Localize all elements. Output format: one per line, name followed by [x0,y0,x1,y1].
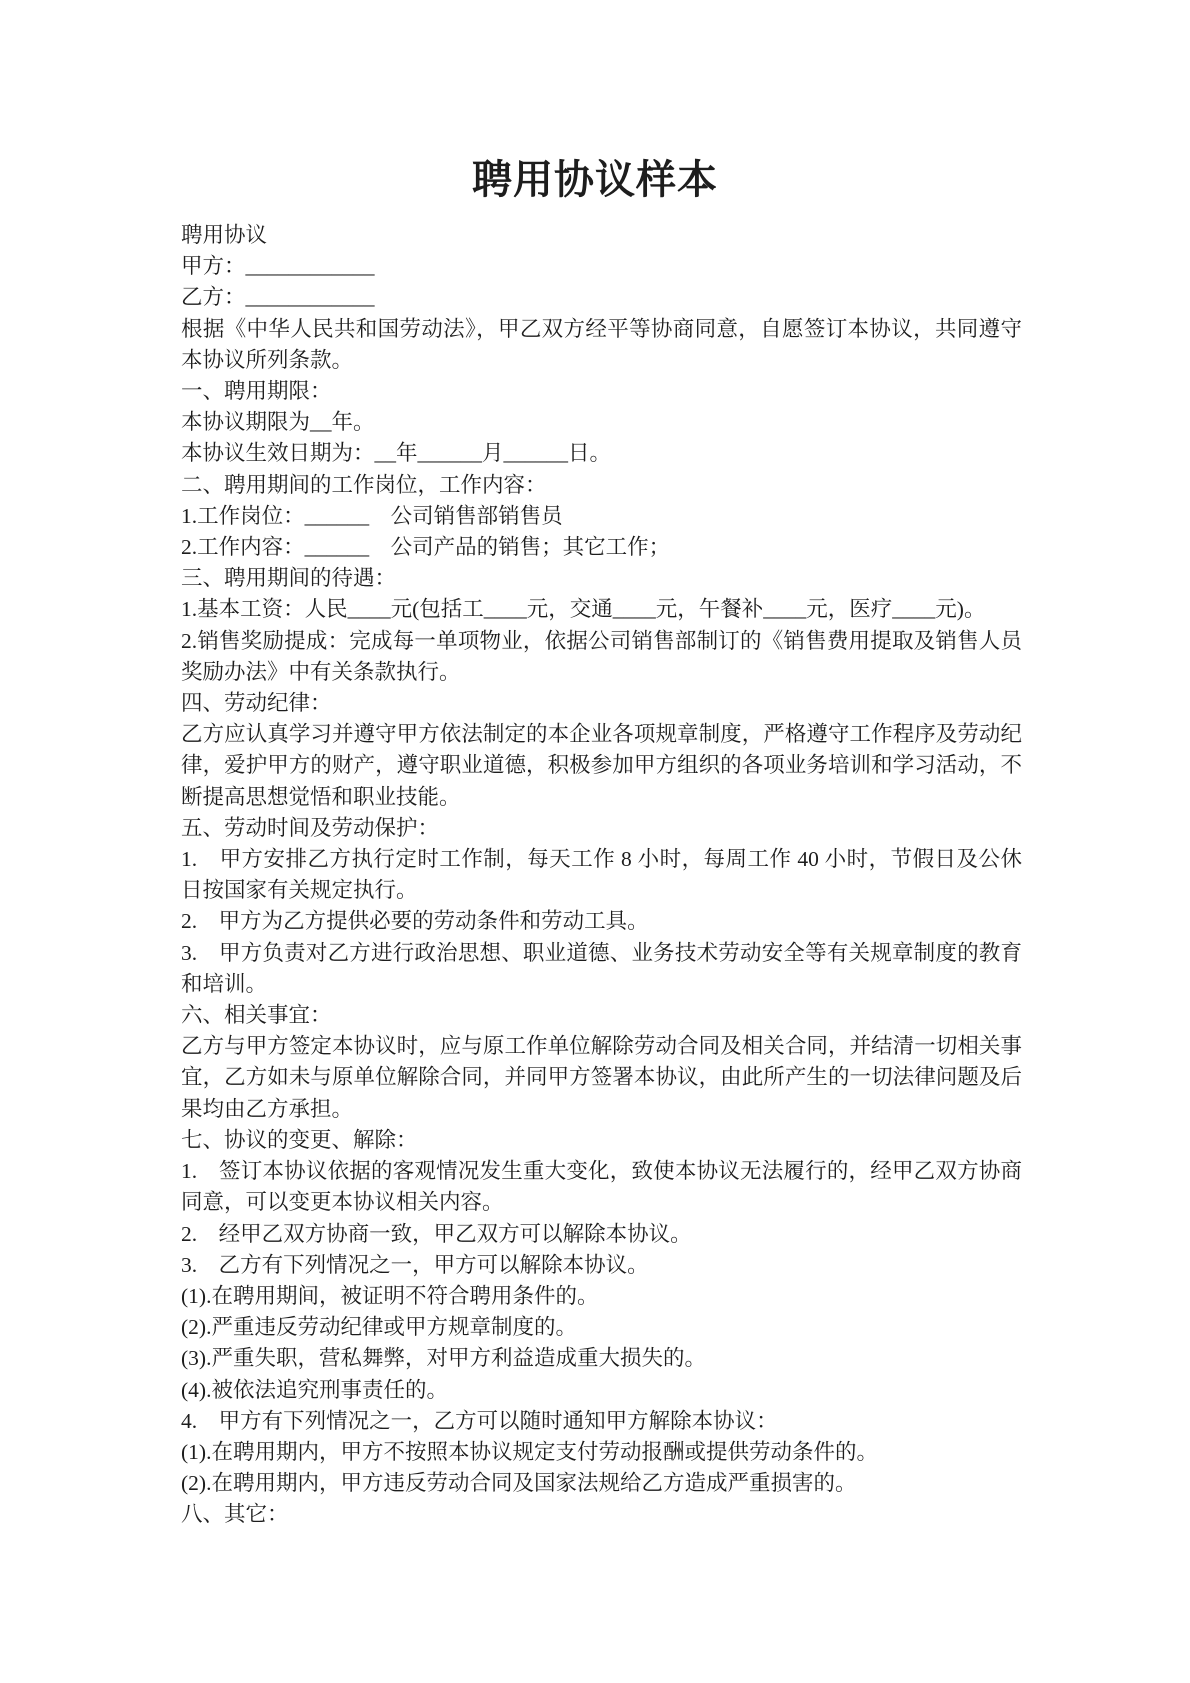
paragraph: (4).被依法追究刑事责任的。 [181,1375,1022,1406]
paragraph: 聘用协议 [181,220,1022,251]
section-heading: 一、聘用期限： [181,376,1022,407]
paragraph: (1).在聘用期内，甲方不按照本协议规定支付劳动报酬或提供劳动条件的。 [181,1437,1022,1468]
paragraph: 2. 经甲乙双方协商一致，甲乙双方可以解除本协议。 [181,1219,1022,1250]
section-heading: 四、劳动纪律： [181,688,1022,719]
paragraph: 3. 甲方负责对乙方进行政治思想、职业道德、业务技术劳动安全等有关规章制度的教育… [181,938,1022,1000]
paragraph: 4. 甲方有下列情况之一，乙方可以随时通知甲方解除本协议： [181,1406,1022,1437]
document-body: 聘用协议 甲方：____________ 乙方：____________ 根据《… [0,220,1190,1531]
paragraph: 2.销售奖励提成：完成每一单项物业，依据公司销售部制订的《销售费用提取及销售人员… [181,626,1022,688]
document-title: 聘用协议样本 [0,0,1190,208]
section-heading: 六、相关事宜： [181,1000,1022,1031]
paragraph: 乙方与甲方签定本协议时，应与原工作单位解除劳动合同及相关合同，并结清一切相关事宜… [181,1031,1022,1125]
paragraph: (3).严重失职，营私舞弊，对甲方利益造成重大损失的。 [181,1343,1022,1374]
section-heading: 五、劳动时间及劳动保护： [181,813,1022,844]
paragraph: (1).在聘用期间，被证明不符合聘用条件的。 [181,1281,1022,1312]
paragraph: 本协议期限为__年。 [181,407,1022,438]
paragraph: 1.基本工资：人民____元(包括工____元，交通____元，午餐补____元… [181,594,1022,625]
section-heading: 七、协议的变更、解除： [181,1125,1022,1156]
paragraph: 乙方应认真学习并遵守甲方依法制定的本企业各项规章制度，严格遵守工作程序及劳动纪律… [181,719,1022,813]
paragraph-party-b-blank: 乙方：____________ [181,282,1022,313]
paragraph-party-a-blank: 甲方：____________ [181,251,1022,282]
paragraph: 根据《中华人民共和国劳动法》，甲乙双方经平等协商同意，自愿签订本协议，共同遵守本… [181,314,1022,376]
paragraph: 2.工作内容：______ 公司产品的销售；其它工作； [181,532,1022,563]
paragraph: 本协议生效日期为：__年______月______日。 [181,438,1022,469]
paragraph: 1.工作岗位：______ 公司销售部销售员 [181,501,1022,532]
paragraph: (2).在聘用期内，甲方违反劳动合同及国家法规给乙方造成严重损害的。 [181,1468,1022,1499]
section-heading: 二、聘用期间的工作岗位，工作内容： [181,470,1022,501]
section-heading: 八、其它： [181,1499,1022,1530]
paragraph: (2).严重违反劳动纪律或甲方规章制度的。 [181,1312,1022,1343]
paragraph: 2. 甲方为乙方提供必要的劳动条件和劳动工具。 [181,906,1022,937]
paragraph: 1. 甲方安排乙方执行定时工作制，每天工作 8 小时，每周工作 40 小时，节假… [181,844,1022,906]
section-heading: 三、聘用期间的待遇： [181,563,1022,594]
paragraph: 3. 乙方有下列情况之一，甲方可以解除本协议。 [181,1250,1022,1281]
document-page: 聘用协议样本 聘用协议 甲方：____________ 乙方：_________… [0,0,1190,1683]
paragraph: 1. 签订本协议依据的客观情况发生重大变化，致使本协议无法履行的，经甲乙双方协商… [181,1156,1022,1218]
